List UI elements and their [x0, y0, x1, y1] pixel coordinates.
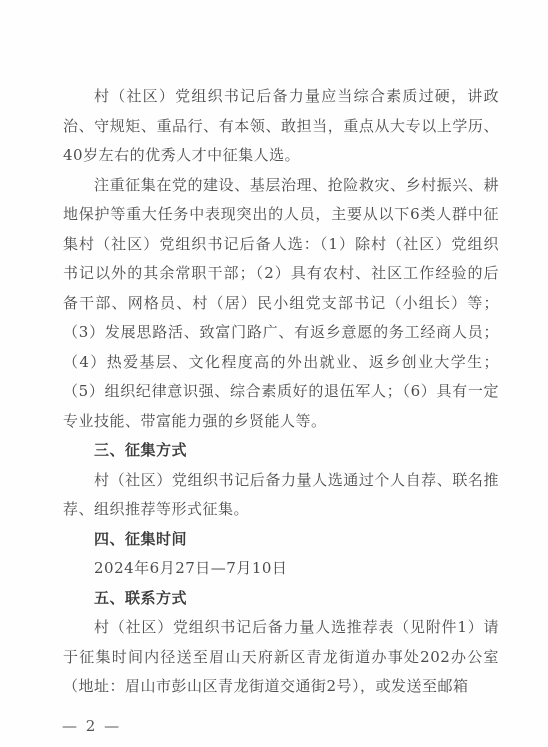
document-body: 村（社区）党组织书记后备力量应当综合素质过硬，讲政治、守规矩、重品行、有本领、敢… [63, 82, 499, 702]
heading-collection-time: 四、征集时间 [63, 525, 499, 555]
paragraph-collection-method: 村（社区）党组织书记后备力量人选通过个人自荐、联名推荐、组织推荐等形式征集。 [63, 466, 499, 525]
paragraph-candidate-groups: 注重征集在党的建设、基层治理、抢险救灾、乡村振兴、耕地保护等重大任务中表现突出的… [63, 171, 499, 437]
heading-collection-method: 三、征集方式 [63, 436, 499, 466]
paragraph-contact-method: 村（社区）党组织书记后备力量人选推荐表（见附件1）请于征集时间内径送至眉山天府新… [63, 613, 499, 702]
page-number: — 2 — [62, 717, 121, 735]
paragraph-candidate-requirements: 村（社区）党组织书记后备力量应当综合素质过硬，讲政治、守规矩、重品行、有本领、敢… [63, 82, 499, 171]
heading-contact-method: 五、联系方式 [63, 584, 499, 614]
paragraph-collection-time: 2024年6月27日—7月10日 [63, 554, 499, 584]
document-page: 村（社区）党组织书记后备力量应当综合素质过硬，讲政治、守规矩、重品行、有本领、敢… [0, 0, 548, 747]
